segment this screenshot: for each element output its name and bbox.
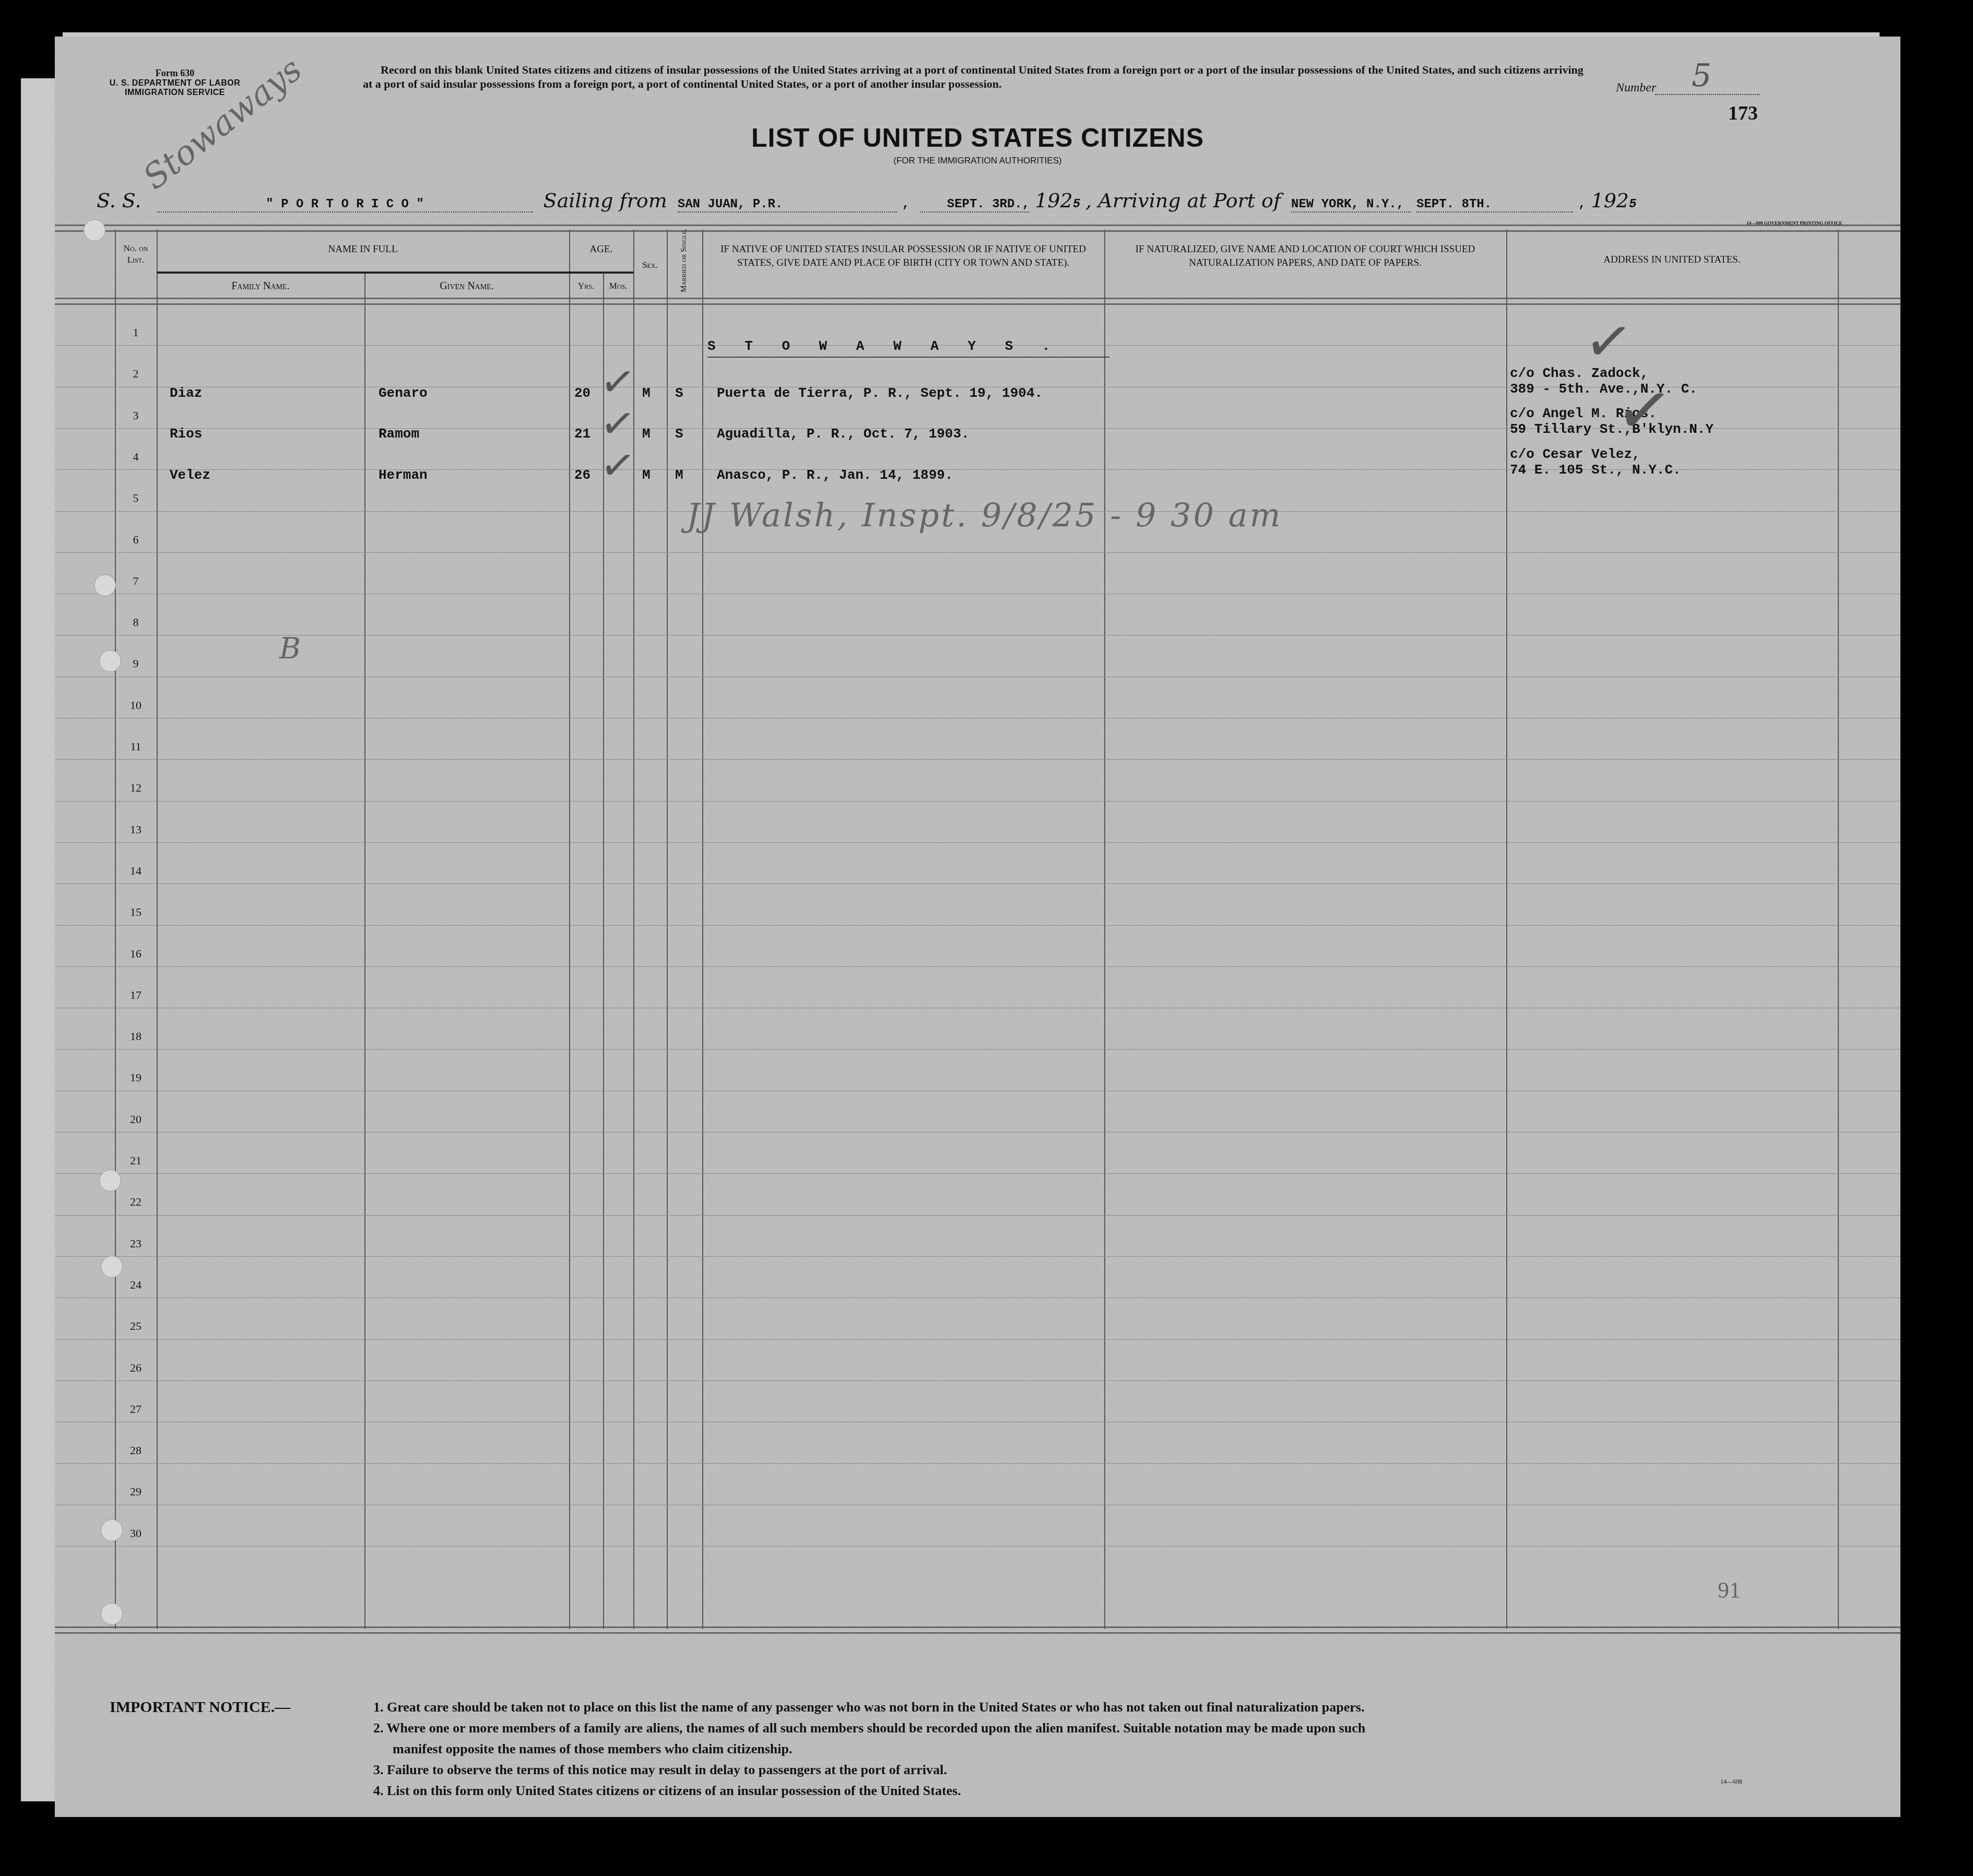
row-rule [55, 801, 1900, 801]
row-number: 1 [115, 326, 157, 339]
notice-item-1: 1. Great care should be taken not to pla… [373, 1697, 1887, 1718]
row-number: 23 [115, 1237, 157, 1250]
check-mark-icon: ✓ [1580, 305, 1637, 378]
row-rule [55, 1339, 1900, 1340]
row-number: 11 [115, 740, 157, 753]
manifest-page: Form 630 U. S. DEPARTMENT OF LABOR IMMIG… [55, 37, 1900, 1817]
row-number: 25 [115, 1319, 157, 1333]
header-mos: Mos. [603, 279, 633, 293]
service-name: IMMIGRATION SERVICE [107, 88, 243, 98]
sex: M [642, 385, 651, 401]
row-number: 6 [115, 533, 157, 547]
notice-item-4: 4. List on this form only United States … [373, 1780, 1887, 1801]
row-rule [55, 594, 1900, 594]
arriving-port: NEW YORK, N.Y., [1291, 197, 1411, 213]
notice-item-2: 2. Where one or more members of a family… [373, 1718, 1887, 1739]
row-rule [55, 1422, 1900, 1422]
arriving-year: 1925 [1591, 189, 1636, 212]
row-number: 18 [115, 1030, 157, 1043]
birth-place-date: Aguadilla, P. R., Oct. 7, 1903. [717, 426, 970, 442]
punch-hole [101, 1256, 123, 1278]
sailing-date: SEPT. 3RD., [920, 197, 1030, 213]
row-number: 29 [115, 1485, 157, 1499]
row-rule [55, 842, 1900, 843]
row-rule [55, 759, 1900, 760]
row-rule [55, 1008, 1900, 1008]
row-rule [55, 966, 1900, 967]
sex: M [642, 467, 651, 483]
voyage-line: S. S. " P O R T O R I C O " Sailing from… [97, 188, 1872, 219]
row-rule [55, 925, 1900, 926]
row-rule [55, 1463, 1900, 1464]
col-line-marital [667, 230, 668, 1629]
family-name: Velez [170, 467, 210, 483]
marital-status: M [675, 467, 683, 483]
punch-hole [94, 574, 116, 596]
punch-hole [101, 1519, 123, 1541]
page-title: LIST OF UNITED STATES CITIZENS [55, 123, 1900, 153]
punch-hole [99, 650, 121, 672]
check-mark-icon: ✓ [1611, 367, 1678, 454]
age-yrs: 20 [574, 385, 590, 401]
sailing-year: 1925 [1035, 189, 1080, 212]
col-line-family [157, 230, 158, 1629]
col-line-no [115, 230, 116, 1629]
row-number: 19 [115, 1071, 157, 1084]
row-rule [55, 718, 1900, 718]
row-number: 26 [115, 1361, 157, 1375]
given-name: Ramom [379, 426, 419, 442]
header-address: ADDRESS IN UNITED STATES. [1506, 253, 1838, 267]
row-rule [55, 1256, 1900, 1257]
row-number: 10 [115, 699, 157, 712]
header-bottom-rule [55, 298, 1900, 305]
form-identity: Form 630 U. S. DEPARTMENT OF LABOR IMMIG… [107, 68, 243, 98]
page-subtitle: (FOR THE IMMIGRATION AUTHORITIES) [55, 156, 1900, 166]
margin-mark: B [279, 632, 301, 666]
row-rule [55, 1173, 1900, 1174]
row-rule [55, 1132, 1900, 1132]
address-line-1: c/o Cesar Velez, [1510, 446, 1640, 462]
punch-hole [101, 1603, 123, 1625]
birth-place-date: Anasco, P. R., Jan. 14, 1899. [717, 467, 953, 483]
header-age: AGE. [569, 243, 633, 256]
punch-hole [99, 1170, 121, 1191]
check-mark-icon: ✓ [597, 439, 639, 492]
row-number: 5 [115, 491, 157, 505]
age-yrs: 26 [574, 467, 590, 483]
arriving-year-suffix: 5 [1629, 197, 1636, 211]
col-line-age [569, 230, 570, 1629]
col-line-sex [633, 230, 634, 1629]
header-no-on-list: No. on List. [115, 243, 157, 266]
row-rule [55, 1505, 1900, 1505]
row-rule [55, 1297, 1900, 1298]
birth-place-date: Puerta de Tierra, P. R., Sept. 19, 1904. [717, 385, 1043, 401]
row-rule [55, 1215, 1900, 1216]
ship-name: " P O R T O R I C O " [157, 197, 533, 213]
col-line-birth [702, 230, 703, 1629]
section-heading-underline [707, 357, 1109, 358]
col-line-given [364, 272, 365, 1629]
arriving-label: , Arriving at Port of [1085, 189, 1281, 212]
header-family-name: Family Name. [157, 279, 364, 293]
table-top-rule [55, 225, 1900, 232]
row-number: 17 [115, 988, 157, 1002]
row-number: 15 [115, 905, 157, 919]
back-page-edge-left [21, 78, 57, 1801]
inspector-annotation: JJ Walsh, Inspt. 9/8/25 - 9 30 am [687, 496, 1282, 534]
header-yrs: Yrs. [569, 279, 603, 293]
sailing-from-label: Sailing from [544, 189, 667, 212]
row-rule [55, 635, 1900, 635]
page-stamp: 91 [1718, 1577, 1741, 1603]
arriving-year-prefix: 192 [1591, 189, 1629, 212]
footer-code: 14—608 [1720, 1778, 1742, 1786]
col-line-naturalized [1104, 230, 1105, 1629]
row-number: 12 [115, 781, 157, 795]
header-sex: Sex. [633, 258, 667, 272]
marital-status: S [675, 426, 683, 442]
row-number: 9 [115, 657, 157, 670]
row-rule [55, 1546, 1900, 1547]
row-number: 4 [115, 450, 157, 464]
address-line-2: 74 E. 105 St., N.Y.C. [1510, 462, 1681, 478]
marital-status: S [675, 385, 683, 401]
row-rule [55, 677, 1900, 677]
row-number: 20 [115, 1113, 157, 1126]
row-rule [55, 1049, 1900, 1049]
header-birth: IF NATIVE OF UNITED STATES INSULAR POSSE… [710, 243, 1096, 270]
given-name: Genaro [379, 385, 428, 401]
row-number: 24 [115, 1278, 157, 1292]
row-number: 7 [115, 574, 157, 588]
row-number: 27 [115, 1402, 157, 1416]
row-number: 2 [115, 367, 157, 381]
family-name: Rios [170, 426, 202, 442]
form-instructions: Record on this blank United States citiz… [363, 63, 1585, 91]
header-naturalized: IF NATURALIZED, GIVE NAME AND LOCATION O… [1112, 243, 1498, 270]
row-number: 3 [115, 409, 157, 422]
arriving-date: SEPT. 8TH. [1416, 197, 1573, 213]
number-label: Number [1616, 81, 1656, 95]
row-number: 13 [115, 823, 157, 836]
family-name: Diaz [170, 385, 202, 401]
form-number: Form 630 [107, 68, 243, 79]
sailing-year-suffix: 5 [1073, 197, 1080, 211]
col-line-address [1506, 230, 1507, 1629]
ss-label: S. S. [97, 189, 141, 212]
punch-hole [84, 219, 105, 241]
row-rule [55, 883, 1900, 884]
name-age-divider [157, 272, 633, 274]
sailing-year-prefix: 192 [1035, 189, 1073, 212]
printer-mark: 14—608 GOVERNMENT PRINTING OFFICE [1746, 220, 1842, 226]
given-name: Herman [379, 467, 428, 483]
row-rule [55, 1091, 1900, 1091]
number-handwritten: 5 [1692, 57, 1711, 94]
notice-item-2-cont: manifest opposite the names of those mem… [373, 1739, 1887, 1760]
row-rule [55, 552, 1900, 553]
row-number: 28 [115, 1444, 157, 1457]
header-name-in-full: NAME IN FULL [157, 243, 569, 256]
row-number: 8 [115, 616, 157, 629]
col-line-right [1838, 230, 1839, 1629]
header-married-or-single: Married or Single. [679, 224, 689, 297]
section-heading-stowaways: S T O W A W A Y S . [707, 338, 1060, 354]
folio-number: 173 [1728, 102, 1758, 125]
header-given-name: Given Name. [364, 279, 569, 293]
notice-item-3: 3. Failure to observe the terms of this … [373, 1760, 1887, 1780]
row-number: 21 [115, 1154, 157, 1167]
table-bottom-rule [55, 1626, 1900, 1634]
row-number: 22 [115, 1195, 157, 1209]
number-field [1655, 94, 1759, 95]
notice-label: IMPORTANT NOTICE.— [110, 1697, 290, 1718]
age-yrs: 21 [574, 426, 590, 442]
row-number: 14 [115, 864, 157, 878]
row-number: 16 [115, 947, 157, 961]
department-name: U. S. DEPARTMENT OF LABOR [107, 79, 243, 88]
sex: M [642, 426, 651, 442]
sailing-from-port: SAN JUAN, P.R. [678, 197, 897, 213]
row-rule [55, 1381, 1900, 1381]
